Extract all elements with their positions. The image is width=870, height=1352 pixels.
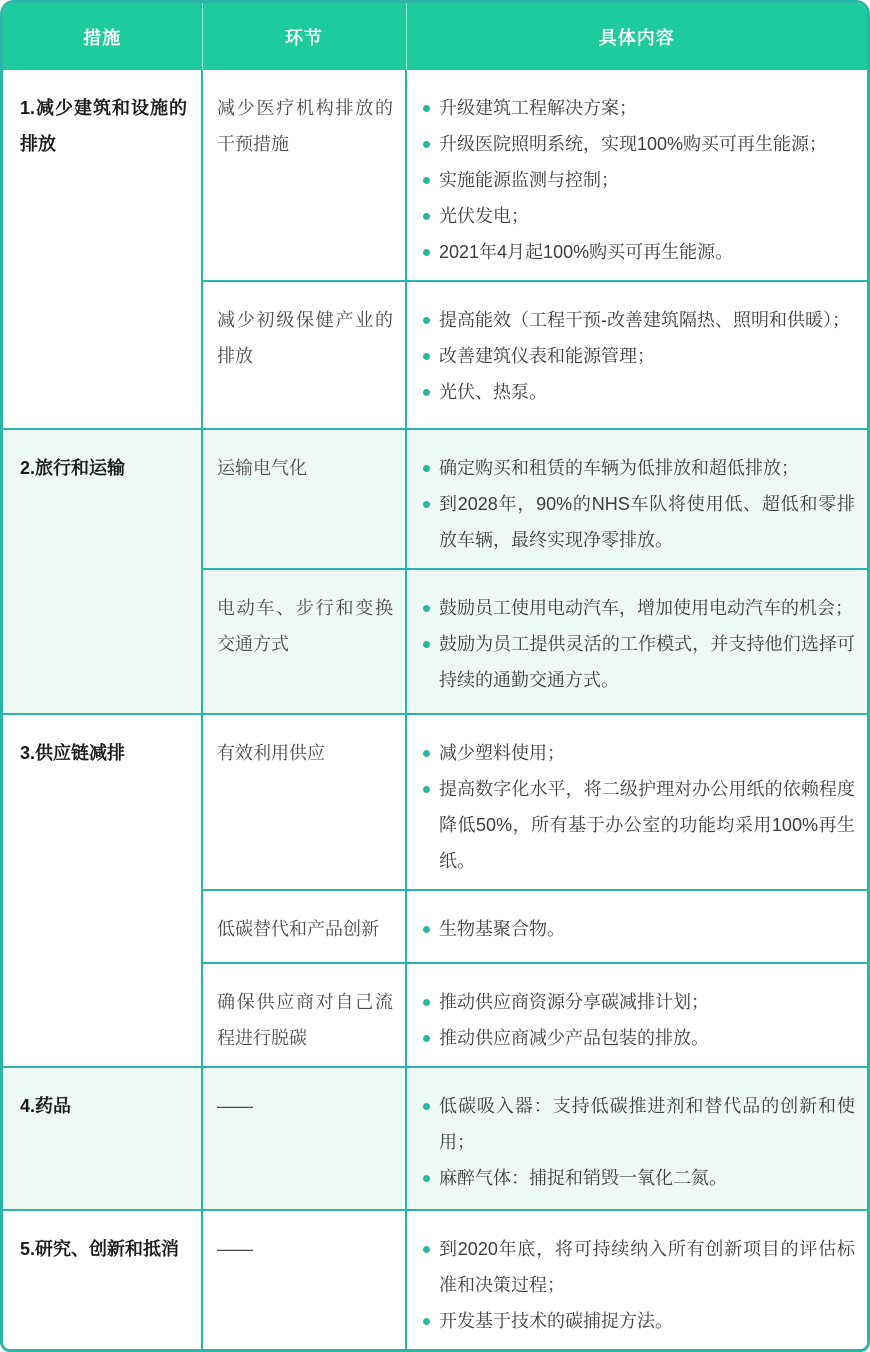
bullet-icon — [423, 105, 430, 112]
bullet-icon — [423, 1175, 430, 1182]
bullet-list: 升级建筑工程解决方案； 升级医院照明系统，实现100%购买可再生能源； 实施能源… — [423, 90, 855, 270]
list-item: 低碳吸入器：支持低碳推进剂和替代品的创新和使用； — [423, 1088, 855, 1160]
bullet-text: 低碳吸入器：支持低碳推进剂和替代品的创新和使用； — [439, 1096, 855, 1152]
stage-cell: 电动车、步行和变换交通方式 — [202, 569, 406, 714]
bullet-icon — [423, 750, 430, 757]
stage-cell: 确保供应商对自己流程进行脱碳 — [202, 963, 406, 1067]
list-item: 麻醉气体：捕捉和销毁一氧化二氮。 — [423, 1160, 855, 1196]
bullet-text: 减少塑料使用； — [439, 743, 565, 763]
list-item: 生物基聚合物。 — [423, 911, 855, 947]
measures-table-container: 措施 环节 具体内容 1.减少建筑和设施的排放 减少医疗机构排放的干预措施 升级… — [0, 0, 870, 1352]
list-item: 开发基于技术的碳捕捉方法。 — [423, 1303, 855, 1339]
bullet-list: 生物基聚合物。 — [423, 911, 855, 947]
list-item: 提高数字化水平，将二级护理对办公用纸的依赖程度降低50%，所有基于办公室的功能均… — [423, 771, 855, 879]
list-item: 光伏发电； — [423, 198, 855, 234]
list-item: 提高能效（工程干预-改善建筑隔热、照明和供暖）； — [423, 302, 855, 338]
content-cell: 确定购买和租赁的车辆为低排放和超低排放； 到2028年，90%的NHS车队将使用… — [406, 429, 867, 569]
bullet-text: 推动供应商资源分享碳减排计划； — [439, 992, 709, 1012]
stage-cell: 运输电气化 — [202, 429, 406, 569]
bullet-icon — [423, 1035, 430, 1042]
measure-cell: 3.供应链减排 — [3, 714, 202, 1067]
measure-cell: 5.研究、创新和抵消 — [3, 1210, 202, 1352]
header-content: 具体内容 — [406, 3, 867, 70]
bullet-text: 开发基于技术的碳捕捉方法。 — [439, 1311, 673, 1331]
content-cell: 低碳吸入器：支持低碳推进剂和替代品的创新和使用； 麻醉气体：捕捉和销毁一氧化二氮… — [406, 1067, 867, 1210]
list-item: 到2028年，90%的NHS车队将使用低、超低和零排放车辆，最终实现净零排放。 — [423, 486, 855, 558]
list-item: 鼓励员工使用电动汽车，增加使用电动汽车的机会； — [423, 590, 855, 626]
bullet-icon — [423, 1318, 430, 1325]
bullet-text: 升级建筑工程解决方案； — [439, 98, 637, 118]
bullet-icon — [423, 353, 430, 360]
header-stage: 环节 — [202, 3, 406, 70]
content-cell: 推动供应商资源分享碳减排计划； 推动供应商减少产品包装的排放。 — [406, 963, 867, 1067]
table-row: 2.旅行和运输 运输电气化 确定购买和租赁的车辆为低排放和超低排放； 到2028… — [3, 429, 867, 569]
bullet-text: 提高能效（工程干预-改善建筑隔热、照明和供暖）； — [439, 310, 850, 330]
bullet-list: 提高能效（工程干预-改善建筑隔热、照明和供暖）； 改善建筑仪表和能源管理； 光伏… — [423, 302, 855, 410]
stage-cell: —— — [202, 1210, 406, 1352]
bullet-text: 改善建筑仪表和能源管理； — [439, 346, 655, 366]
bullet-text: 麻醉气体：捕捉和销毁一氧化二氮。 — [439, 1168, 727, 1188]
stage-cell: 有效利用供应 — [202, 714, 406, 890]
table-row: 1.减少建筑和设施的排放 减少医疗机构排放的干预措施 升级建筑工程解决方案； 升… — [3, 70, 867, 281]
measure-cell: 2.旅行和运输 — [3, 429, 202, 714]
list-item: 确定购买和租赁的车辆为低排放和超低排放； — [423, 450, 855, 486]
table-row: 4.药品 —— 低碳吸入器：支持低碳推进剂和替代品的创新和使用； 麻醉气体：捕捉… — [3, 1067, 867, 1210]
stage-cell: 减少医疗机构排放的干预措施 — [202, 70, 406, 281]
measure-cell: 1.减少建筑和设施的排放 — [3, 70, 202, 429]
bullet-list: 减少塑料使用； 提高数字化水平，将二级护理对办公用纸的依赖程度降低50%，所有基… — [423, 735, 855, 879]
bullet-icon — [423, 786, 430, 793]
measures-table: 措施 环节 具体内容 1.减少建筑和设施的排放 减少医疗机构排放的干预措施 升级… — [3, 3, 867, 1352]
bullet-text: 确定购买和租赁的车辆为低排放和超低排放； — [439, 458, 799, 478]
header-row: 措施 环节 具体内容 — [3, 3, 867, 70]
bullet-icon — [423, 213, 430, 220]
stage-cell: —— — [202, 1067, 406, 1210]
bullet-text: 到2028年，90%的NHS车队将使用低、超低和零排放车辆，最终实现净零排放。 — [439, 494, 855, 550]
bullet-list: 鼓励员工使用电动汽车，增加使用电动汽车的机会； 鼓励为员工提供灵活的工作模式，并… — [423, 590, 855, 698]
list-item: 升级医院照明系统，实现100%购买可再生能源； — [423, 126, 855, 162]
bullet-icon — [423, 389, 430, 396]
list-item: 减少塑料使用； — [423, 735, 855, 771]
list-item: 鼓励为员工提供灵活的工作模式，并支持他们选择可持续的通勤交通方式。 — [423, 626, 855, 698]
table-header: 措施 环节 具体内容 — [3, 3, 867, 70]
content-cell: 到2020年底，将可持续纳入所有创新项目的评估标准和决策过程； 开发基于技术的碳… — [406, 1210, 867, 1352]
bullet-list: 到2020年底，将可持续纳入所有创新项目的评估标准和决策过程； 开发基于技术的碳… — [423, 1231, 855, 1339]
bullet-text: 推动供应商减少产品包装的排放。 — [439, 1028, 709, 1048]
stage-cell: 减少初级保健产业的排放 — [202, 281, 406, 429]
bullet-icon — [423, 141, 430, 148]
bullet-icon — [423, 999, 430, 1006]
table-row: 3.供应链减排 有效利用供应 减少塑料使用； 提高数字化水平，将二级护理对办公用… — [3, 714, 867, 890]
bullet-icon — [423, 641, 430, 648]
list-item: 推动供应商资源分享碳减排计划； — [423, 984, 855, 1020]
bullet-text: 到2020年底，将可持续纳入所有创新项目的评估标准和决策过程； — [439, 1239, 855, 1295]
bullet-icon — [423, 605, 430, 612]
bullet-icon — [423, 317, 430, 324]
bullet-icon — [423, 1246, 430, 1253]
list-item: 升级建筑工程解决方案； — [423, 90, 855, 126]
bullet-list: 确定购买和租赁的车辆为低排放和超低排放； 到2028年，90%的NHS车队将使用… — [423, 450, 855, 558]
stage-cell: 低碳替代和产品创新 — [202, 890, 406, 963]
bullet-icon — [423, 249, 430, 256]
bullet-text: 生物基聚合物。 — [439, 919, 565, 939]
bullet-text: 提高数字化水平，将二级护理对办公用纸的依赖程度降低50%，所有基于办公室的功能均… — [439, 779, 855, 871]
content-cell: 升级建筑工程解决方案； 升级医院照明系统，实现100%购买可再生能源； 实施能源… — [406, 70, 867, 281]
content-cell: 生物基聚合物。 — [406, 890, 867, 963]
bullet-list: 推动供应商资源分享碳减排计划； 推动供应商减少产品包装的排放。 — [423, 984, 855, 1056]
list-item: 实施能源监测与控制； — [423, 162, 855, 198]
bullet-text: 2021年4月起100%购买可再生能源。 — [439, 242, 733, 262]
table-row: 5.研究、创新和抵消 —— 到2020年底，将可持续纳入所有创新项目的评估标准和… — [3, 1210, 867, 1352]
bullet-icon — [423, 1103, 430, 1110]
bullet-list: 低碳吸入器：支持低碳推进剂和替代品的创新和使用； 麻醉气体：捕捉和销毁一氧化二氮… — [423, 1088, 855, 1196]
bullet-text: 光伏、热泵。 — [439, 382, 547, 402]
list-item: 改善建筑仪表和能源管理； — [423, 338, 855, 374]
bullet-icon — [423, 926, 430, 933]
bullet-icon — [423, 177, 430, 184]
bullet-text: 鼓励员工使用电动汽车，增加使用电动汽车的机会； — [439, 598, 853, 618]
content-cell: 提高能效（工程干预-改善建筑隔热、照明和供暖）； 改善建筑仪表和能源管理； 光伏… — [406, 281, 867, 429]
list-item: 到2020年底，将可持续纳入所有创新项目的评估标准和决策过程； — [423, 1231, 855, 1303]
list-item: 推动供应商减少产品包装的排放。 — [423, 1020, 855, 1056]
content-cell: 鼓励员工使用电动汽车，增加使用电动汽车的机会； 鼓励为员工提供灵活的工作模式，并… — [406, 569, 867, 714]
bullet-text: 鼓励为员工提供灵活的工作模式，并支持他们选择可持续的通勤交通方式。 — [439, 634, 855, 690]
bullet-icon — [423, 465, 430, 472]
header-measure: 措施 — [3, 3, 202, 70]
bullet-text: 光伏发电； — [439, 206, 529, 226]
list-item: 光伏、热泵。 — [423, 374, 855, 410]
bullet-text: 实施能源监测与控制； — [439, 170, 619, 190]
bullet-text: 升级医院照明系统，实现100%购买可再生能源； — [439, 134, 827, 154]
bullet-icon — [423, 501, 430, 508]
measure-cell: 4.药品 — [3, 1067, 202, 1210]
list-item: 2021年4月起100%购买可再生能源。 — [423, 234, 855, 270]
content-cell: 减少塑料使用； 提高数字化水平，将二级护理对办公用纸的依赖程度降低50%，所有基… — [406, 714, 867, 890]
